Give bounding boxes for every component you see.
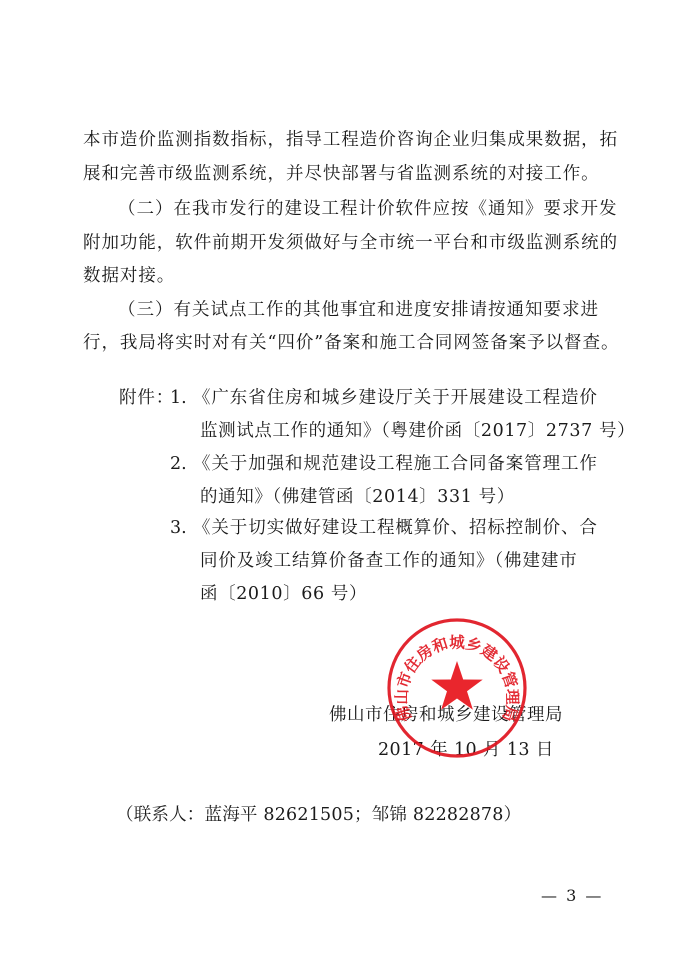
attachment-line: 监测试点工作的通知》（粤建价函〔2017〕2737 号）: [200, 420, 635, 442]
attachment-line: 的通知》（佛建管函〔2014〕331 号）: [200, 486, 515, 508]
body-line: （二）在我市发行的建设工程计价软件应按《通知》要求开发: [118, 198, 618, 220]
signature-date: 2017 年 10 月 13 日: [378, 739, 554, 761]
attachment-line: 《关于加强和规范建设工程施工合同备案管理工作: [193, 453, 598, 475]
attachment-number: 3.: [170, 517, 187, 539]
body-line: （三）有关试点工作的其他事宜和进度安排请按通知要求进: [118, 299, 599, 321]
attachment-line: 函〔2010〕66 号）: [200, 583, 367, 605]
body-line: 展和完善市级监测系统，并尽快部署与省监测系统的对接工作。: [83, 163, 600, 185]
official-seal-icon: 佛山市住房和城乡建设管理局: [386, 617, 528, 759]
signature-organization: 佛山市住房和城乡建设管理局: [329, 704, 563, 726]
attachment-number: 1.: [170, 387, 187, 409]
body-line: 行，我局将实时对有关“四价”备案和施工合同网签备案予以督查。: [83, 332, 619, 354]
body-line: 本市造价监测指数指标，指导工程造价咨询企业归集成果数据，拓: [83, 129, 599, 151]
attachment-number: 2.: [170, 453, 187, 475]
attachment-line: 《关于切实做好建设工程概算价、招标控制价、合: [193, 517, 598, 539]
body-line: 数据对接。: [83, 265, 175, 287]
contact-info: （联系人：蓝海平 82621505；邹锦 82282878）: [116, 804, 521, 826]
attachments-label: 附件：: [119, 387, 174, 409]
attachment-line: 《广东省住房和城乡建设厅关于开展建设工程造价: [193, 387, 598, 409]
attachment-line: 同价及竣工结算价备查工作的通知》（佛建建市: [200, 550, 578, 572]
seal-star-icon: [431, 661, 482, 710]
page-number: — 3 —: [541, 886, 603, 906]
body-line: 附加功能，软件前期开发须做好与全市统一平台和市级监测系统的: [83, 232, 618, 254]
